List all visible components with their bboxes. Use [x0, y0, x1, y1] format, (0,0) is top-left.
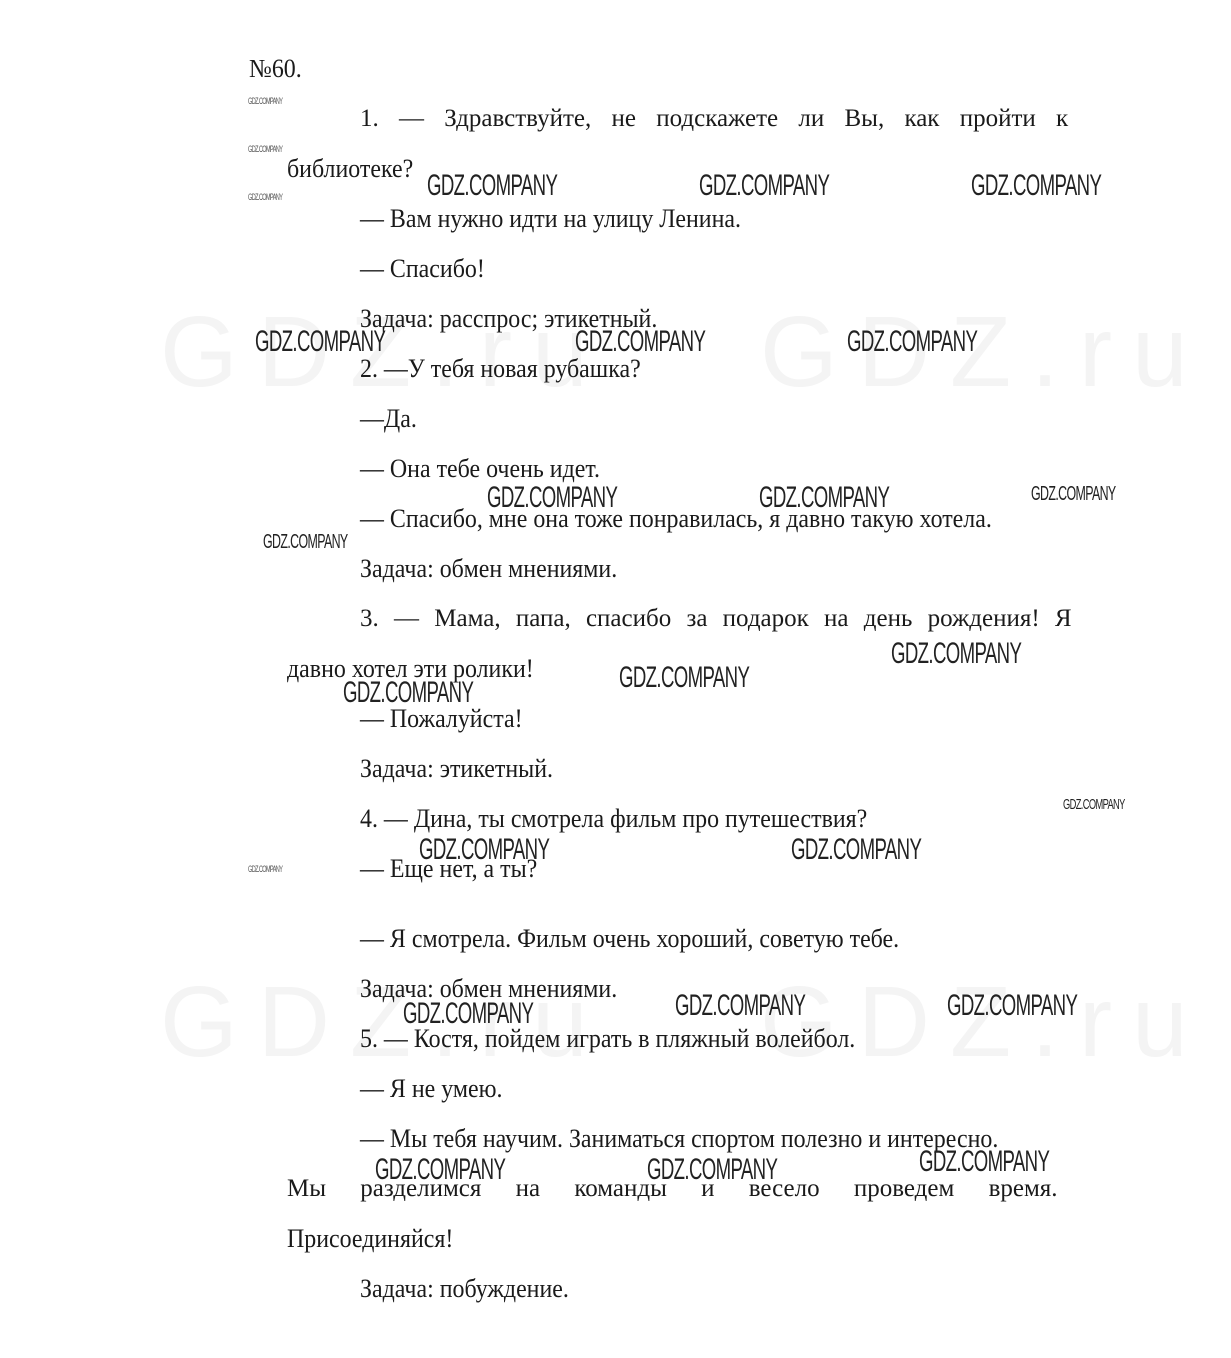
- dialogue-line: — Спасибо, мне она тоже понравилась, я д…: [360, 504, 992, 534]
- task-label: Задача: этикетный.: [360, 754, 553, 784]
- dialogue-line: — Вам нужно идти на улицу Ленина.: [360, 204, 741, 234]
- dialogue-line: 1. — Здравствуйте, не подскажете ли Вы, …: [360, 104, 1143, 134]
- watermark-text: GDZ.COMPANY: [248, 193, 282, 202]
- watermark-text: GDZ.COMPANY: [891, 639, 1021, 669]
- exercise-number: №60.: [249, 54, 302, 84]
- watermark-text: GDZ.COMPANY: [919, 1147, 1049, 1177]
- watermark-text: GDZ.COMPANY: [487, 483, 617, 513]
- dialogue-line: — Я не умею.: [360, 1074, 502, 1104]
- watermark-text: GDZ.COMPANY: [255, 327, 385, 357]
- watermark-text: GDZ.COMPANY: [575, 327, 705, 357]
- watermark-text: GDZ.COMPANY: [791, 835, 921, 865]
- watermark-text: GDZ.COMPANY: [971, 171, 1101, 201]
- watermark-text: GDZ.COMPANY: [1031, 484, 1116, 504]
- dialogue-line: 2. —У тебя новая рубашка?: [360, 354, 641, 384]
- task-label: Задача: обмен мнениями.: [360, 554, 617, 584]
- watermark-text: GDZ.COMPANY: [375, 1155, 505, 1185]
- dialogue-line: библиотеке?: [287, 154, 413, 184]
- watermark-text: GDZ.COMPANY: [847, 327, 977, 357]
- watermark-text: GDZ.COMPANY: [759, 483, 889, 513]
- watermark-text: GDZ.COMPANY: [343, 678, 473, 708]
- dialogue-line: — Я смотрела. Фильм очень хороший, совет…: [360, 924, 899, 954]
- dialogue-line: — Спасибо!: [360, 254, 485, 284]
- dialogue-line: — Мы тебя научим. Заниматься спортом пол…: [360, 1124, 998, 1154]
- dialogue-line: 4. — Дина, ты смотрела фильм про путешес…: [360, 804, 867, 834]
- watermark-text: GDZ.COMPANY: [248, 145, 282, 154]
- watermark-text: GDZ.COMPANY: [248, 865, 282, 874]
- watermark-text: GDZ.COMPANY: [947, 991, 1077, 1021]
- watermark-text: GDZ.COMPANY: [1063, 795, 1125, 815]
- watermark-text: GDZ.COMPANY: [263, 532, 348, 552]
- dialogue-line: 3. — Мама, папа, спасибо за подарок на д…: [360, 604, 1143, 634]
- watermark-text: GDZ.COMPANY: [675, 991, 805, 1021]
- dialogue-line: Присоединяйся!: [287, 1224, 453, 1254]
- watermark-text: GDZ.COMPANY: [248, 97, 282, 106]
- task-label: Задача: побуждение.: [360, 1274, 569, 1304]
- dialogue-line: —Да.: [360, 404, 417, 434]
- document-page: №60. 1. — Здравствуйте, не подскажете ли…: [0, 0, 1231, 1358]
- watermark-text: GDZ.COMPANY: [427, 171, 557, 201]
- watermark-text: GDZ.COMPANY: [403, 999, 533, 1029]
- watermark-text: GDZ.COMPANY: [619, 663, 749, 693]
- dialogue-line: — Она тебе очень идет.: [360, 454, 600, 484]
- watermark-text: GDZ.COMPANY: [647, 1155, 777, 1185]
- watermark-text: GDZ.COMPANY: [699, 171, 829, 201]
- watermark-text: GDZ.COMPANY: [419, 835, 549, 865]
